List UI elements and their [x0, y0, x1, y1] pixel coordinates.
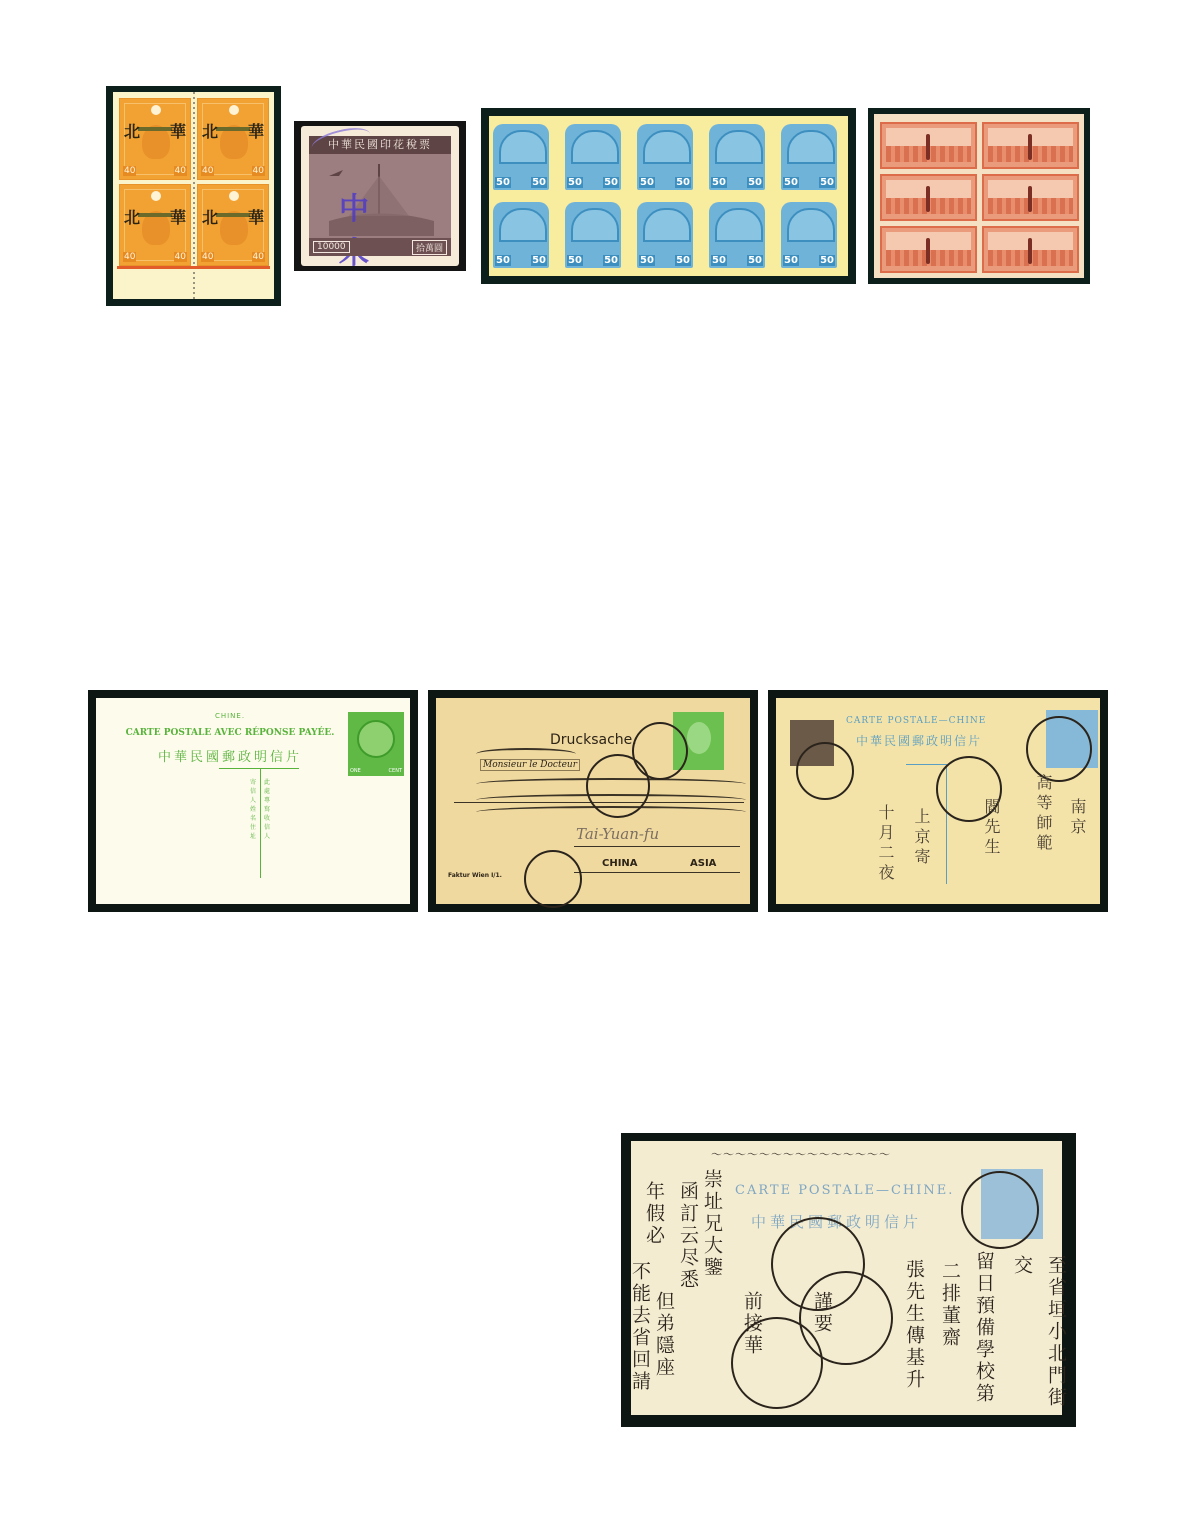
stamp: [880, 226, 977, 273]
postmark: [632, 722, 688, 780]
handwriting: 不能去省回請: [627, 1261, 654, 1393]
value-label: 50: [675, 255, 691, 266]
stamp-value: 5050: [495, 177, 547, 188]
value-label: 40: [123, 166, 136, 176]
value-label: 50: [495, 177, 511, 188]
overprint-char: 北: [202, 205, 218, 228]
value-label: 50: [747, 255, 763, 266]
value-label: 50: [711, 177, 727, 188]
stamp: 5050: [565, 202, 621, 268]
stamp-sheet: [874, 114, 1084, 278]
overprint-char: 北: [124, 205, 140, 228]
stamp-revenue-brown[interactable]: 中華民國印花稅票 中 米 10000 拾萬圓: [294, 121, 466, 271]
column-text: 此處專寫收信人: [264, 778, 272, 841]
arch-emblem-icon: [715, 208, 763, 242]
value-label: 50: [819, 177, 835, 188]
stamp-sheet-margin: 北華4040北華4040北華4040北華4040: [113, 92, 274, 299]
value-chinese: 拾萬圓: [412, 240, 447, 255]
stamp-value: 4040: [123, 252, 187, 262]
stamp-paper: 中華民國印花稅票 中 米 10000 拾萬圓: [301, 126, 459, 266]
salutation-label: Monsieur le Docteur: [480, 759, 580, 771]
overprint-text: 北華: [202, 205, 264, 228]
stamp: 5050: [781, 124, 837, 190]
arch-emblem-icon: [787, 130, 835, 164]
sun-emblem-icon: [151, 105, 161, 115]
handwriting: 崇址兄大鑒: [699, 1169, 726, 1279]
handwriting: 上京寄: [910, 808, 933, 868]
stamp: [982, 174, 1079, 221]
value-label: 40: [252, 252, 265, 262]
value-label: 50: [531, 255, 547, 266]
postal-card-drucksache[interactable]: Drucksache. Monsieur le Docteur Tai-Yuan…: [428, 690, 758, 912]
card-title: CARTE POSTALE—CHINE.: [735, 1183, 954, 1198]
destination-continent: ASIA: [690, 858, 716, 869]
stamp: [880, 122, 977, 169]
value-label: 50: [639, 177, 655, 188]
card-title-chinese: 中華民國郵政明信片: [96, 746, 364, 765]
arch-emblem-icon: [499, 208, 547, 242]
value-label: 50: [675, 177, 691, 188]
stamp: 5050: [637, 124, 693, 190]
stamp-value: 5050: [783, 177, 835, 188]
address-line: [574, 872, 740, 873]
overprint-text: 北華: [124, 119, 186, 142]
handwriting: 高等師範: [1032, 774, 1055, 854]
arch-emblem-icon: [499, 130, 547, 164]
stamp: [982, 226, 1079, 273]
value-numeric: 10000: [313, 241, 350, 253]
overprint-char: 華: [170, 205, 186, 228]
stamp: 北華4040: [119, 184, 191, 266]
overprint-char: 華: [170, 119, 186, 142]
margin-imprint: [117, 266, 270, 269]
handwriting: 謹要: [809, 1291, 836, 1335]
monument-icon: [1028, 134, 1032, 160]
column-text: 寄信人姓名住址: [250, 778, 258, 841]
overprint-char: 華: [248, 205, 264, 228]
sun-emblem-icon: [229, 191, 239, 201]
stamp: 5050: [781, 202, 837, 268]
destination-country: CHINA: [602, 858, 638, 869]
divider: [219, 768, 299, 769]
stamp-value: 5050: [711, 255, 763, 266]
handwriting: 閻先生: [980, 798, 1003, 858]
handwriting: 張先生傳基升: [901, 1259, 928, 1391]
value-label: 50: [603, 255, 619, 266]
arch-emblem-icon: [571, 130, 619, 164]
stamp-value: 5050: [495, 255, 547, 266]
handwriting: 二排董齋: [937, 1261, 964, 1349]
stamp: 5050: [493, 202, 549, 268]
handwriting: 前接華: [739, 1291, 766, 1357]
value-label: 40: [201, 252, 214, 262]
stamp-denomination: ONE CENT: [350, 768, 402, 774]
portrait-icon: [687, 722, 711, 754]
overprint-char: 北: [202, 119, 218, 142]
value-label: 50: [567, 255, 583, 266]
divider-vertical: [260, 768, 261, 878]
sun-emblem-icon: [229, 105, 239, 115]
stamp-design: 中華民國印花稅票 中 米 10000 拾萬圓: [309, 136, 451, 256]
stamp: 5050: [709, 202, 765, 268]
stamp-block-red[interactable]: [868, 108, 1090, 284]
handwriting: 函訂云尽悉: [675, 1181, 702, 1291]
violet-handstamp-overprint: 中 米: [339, 184, 451, 272]
monument-icon: [926, 238, 930, 264]
stamp: [982, 122, 1079, 169]
card-title: CARTE POSTALE—CHINE: [846, 716, 986, 726]
postmark: [961, 1171, 1039, 1249]
stamp-value: 5050: [639, 255, 691, 266]
monument-icon: [1028, 186, 1032, 212]
value-label: 40: [201, 166, 214, 176]
card-face: CHINE. CARTE POSTALE AVEC RÉPONSE PAYÉE.…: [96, 698, 410, 904]
stamp-value-bar: 10000 拾萬圓: [309, 238, 451, 256]
handwriting: 留日預備學校第: [971, 1251, 998, 1405]
card-face: 〜〜〜〜〜〜〜〜〜〜〜〜〜〜〜 CARTE POSTALE—CHINE. 中華民…: [631, 1141, 1062, 1415]
value-label: 40: [174, 166, 187, 176]
stamp: 5050: [493, 124, 549, 190]
value-label: 50: [711, 255, 727, 266]
sun-emblem-icon: [151, 191, 161, 201]
postmark-arrival: [524, 850, 582, 908]
card-country: CHINE.: [96, 712, 364, 720]
handwriting: 但弟隱座: [651, 1291, 678, 1379]
flag-emblem-icon: [357, 720, 395, 758]
value-label: 50: [639, 255, 655, 266]
postmark-kiangwan: [1026, 716, 1092, 782]
value-label: 40: [252, 166, 265, 176]
stamp: 北華4040: [119, 98, 191, 180]
handwriting: 南京: [1066, 798, 1089, 838]
divider: [906, 764, 946, 765]
postmark-kiangwan: [796, 742, 854, 800]
stamp-value: 4040: [201, 252, 265, 262]
address-line: [574, 846, 740, 847]
stamp-value: 5050: [639, 177, 691, 188]
value-label: 50: [495, 255, 511, 266]
card-face: Drucksache. Monsieur le Docteur Tai-Yuan…: [436, 698, 750, 904]
postal-card-carte-postale-chine[interactable]: CARTE POSTALE—CHINE 中華民國郵政明信片 南京 高等師範 閻先…: [768, 690, 1108, 912]
arch-emblem-icon: [571, 208, 619, 242]
value-label: 50: [531, 177, 547, 188]
handwritten-address: Tai-Yuan-fu: [576, 825, 659, 843]
stamp-value: 5050: [567, 177, 619, 188]
stamp: [880, 174, 977, 221]
arch-emblem-icon: [643, 130, 691, 164]
arch-emblem-icon: [715, 130, 763, 164]
stamp: 北華4040: [197, 184, 269, 266]
card-title-chinese: 中華民國郵政明信片: [856, 732, 982, 749]
card-heading: Drucksache.: [550, 732, 637, 748]
handwriting: 至省垣小北門街: [1043, 1255, 1070, 1409]
overprint-text: 北華: [202, 119, 264, 142]
value-label: 50: [783, 177, 799, 188]
stamp-value: 4040: [201, 166, 265, 176]
monument-icon: [926, 186, 930, 212]
card-title: CARTE POSTALE AVEC RÉPONSE PAYÉE.: [96, 728, 364, 738]
value-label: 40: [174, 252, 187, 262]
handwriting: 年假必: [641, 1181, 668, 1247]
monument-icon: [926, 134, 930, 160]
value-label: 50: [783, 255, 799, 266]
stamp-block-blue-imperforate[interactable]: 5050505050505050505050505050505050505050: [481, 108, 856, 284]
stamp-value: 5050: [711, 177, 763, 188]
yellow-backing-paper: 5050505050505050505050505050505050505050: [489, 116, 848, 276]
overprint-char: 北: [124, 119, 140, 142]
stamp-value: 5050: [783, 255, 835, 266]
card-face: CARTE POSTALE—CHINE 中華民國郵政明信片 南京 高等師範 閻先…: [776, 698, 1100, 904]
postal-card-manuscript[interactable]: 〜〜〜〜〜〜〜〜〜〜〜〜〜〜〜 CARTE POSTALE—CHINE. 中華民…: [621, 1133, 1076, 1427]
value-label: 50: [747, 177, 763, 188]
arch-emblem-icon: [643, 208, 691, 242]
value-label: 40: [123, 252, 136, 262]
stamp-value: 4040: [123, 166, 187, 176]
printer-imprint: Faktur Wien I/1.: [448, 872, 502, 879]
stamp: 5050: [565, 124, 621, 190]
value-label: 50: [567, 177, 583, 188]
stamp: 北華4040: [197, 98, 269, 180]
overprint-char: 華: [248, 119, 264, 142]
stamp: 5050: [709, 124, 765, 190]
overprint-text: 北華: [124, 205, 186, 228]
stamp: 5050: [637, 202, 693, 268]
postal-card-reply-paid[interactable]: CHINE. CARTE POSTALE AVEC RÉPONSE PAYÉE.…: [88, 690, 418, 912]
stamp-block-orange-overprint[interactable]: 北華4040北華4040北華4040北華4040: [106, 86, 281, 306]
monument-icon: [1028, 238, 1032, 264]
arch-emblem-icon: [787, 208, 835, 242]
handwriting: 十月二夜: [874, 804, 897, 884]
stamp-value: 5050: [567, 255, 619, 266]
value-label: 50: [603, 177, 619, 188]
handwriting-top-margin: 〜〜〜〜〜〜〜〜〜〜〜〜〜〜〜: [711, 1146, 891, 1162]
imprinted-stamp: ONE CENT: [348, 712, 404, 776]
value-label: 50: [819, 255, 835, 266]
handwriting: 交: [1009, 1255, 1036, 1277]
